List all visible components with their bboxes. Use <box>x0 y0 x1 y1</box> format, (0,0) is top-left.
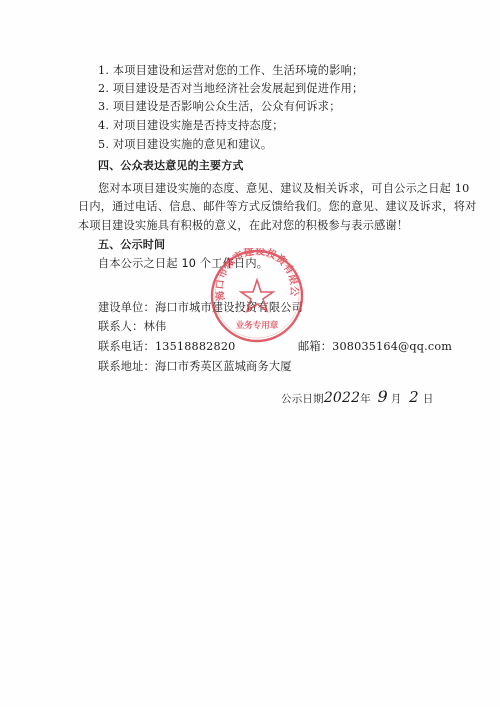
question-item-2: 2. 项目建设是否对当地经济社会发展起到促进作用； <box>98 82 363 96</box>
year-unit: 年 <box>360 393 371 405</box>
day-unit: 日 <box>423 393 434 405</box>
contact-email-row: 邮箱：308035164@qq.com <box>298 340 452 354</box>
handwritten-year: 2022 <box>324 390 360 406</box>
contact-address-row: 联系地址：海口市秀英区蓝城商务大厦 <box>98 360 292 374</box>
handwritten-day: 2 <box>409 388 419 406</box>
section-heading-feedback-methods: 四、公众表达意见的主要方式 <box>98 159 244 173</box>
contact-person-row: 联系人：林伟 <box>98 320 166 334</box>
paragraph-line-2: 日内，通过电话、信息、邮件等方式反馈给我们。您的意见、建议及诉求，将对 <box>78 200 477 214</box>
contact-address-label: 联系地址： <box>98 360 155 373</box>
question-item-4: 4. 对项目建设实施是否持支持态度； <box>98 119 284 133</box>
construction-unit-row: 建设单位：海口市城市建设投资有限公司 <box>98 301 303 315</box>
contact-person-value: 林伟 <box>144 320 167 333</box>
contact-phone-label: 联系电话： <box>98 340 155 353</box>
document-page: 1. 本项目建设和运营对您的工作、生活环境的影响； 2. 项目建设是否对当地经济… <box>0 0 500 707</box>
notice-date-row: 公示日期2022年 9月 2日 <box>281 390 434 406</box>
paragraph-line-1: 您对本项目建设实施的态度、意见、建议及相关诉求，可自公示之日起 10 <box>98 182 469 196</box>
contact-phone-value: 13518882820 <box>155 340 236 353</box>
handwritten-month: 9 <box>378 387 388 406</box>
question-item-5: 5. 对项目建设实施的意见和建议。 <box>98 138 272 152</box>
section-heading-notice-period: 五、公示时间 <box>98 238 165 252</box>
contact-address-value: 海口市秀英区蓝城商务大厦 <box>155 360 292 373</box>
paragraph-line-3: 本项目建设实施具有积极的意义，在此对您的积极参与表示感谢！ <box>78 219 408 233</box>
construction-unit-value: 海口市城市建设投资有限公司 <box>155 301 303 314</box>
month-unit: 月 <box>391 393 402 405</box>
question-item-3: 3. 项目建设是否影响公众生活，公众有何诉求； <box>98 100 341 114</box>
notice-period-text: 自本公示之日起 10 个工作日内。 <box>98 257 268 271</box>
contact-phone-row: 联系电话：13518882820 <box>98 340 235 354</box>
contact-email-value: 308035164@qq.com <box>332 340 452 353</box>
notice-date-label: 公示日期 <box>281 393 324 405</box>
contact-person-label: 联系人： <box>98 320 144 333</box>
contact-email-label: 邮箱： <box>298 340 332 353</box>
seal-bottom-text: 业务专用章 <box>236 320 279 331</box>
question-item-1: 1. 本项目建设和运营对您的工作、生活环境的影响； <box>98 64 363 78</box>
construction-unit-label: 建设单位： <box>98 301 155 314</box>
